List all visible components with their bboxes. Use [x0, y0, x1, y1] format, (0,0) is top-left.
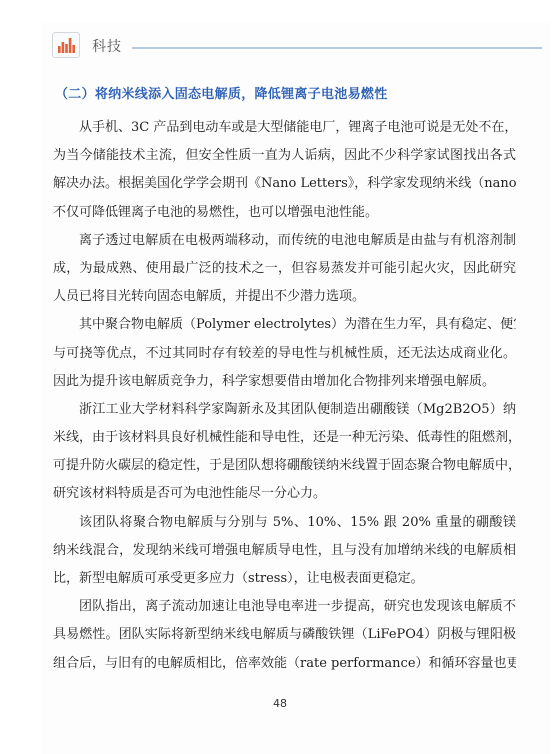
text-line: 其中聚合物电解质（Polymer electrolytes）为潜在生力军，具有稳…: [53, 315, 516, 343]
text-line: 团队指出，离子流动加速让电池导电率进一步提高，研究也发现该电解质不: [53, 597, 516, 625]
paragraph: 其中聚合物电解质（Polymer electrolytes）为潜在生力军，具有稳…: [53, 315, 516, 400]
text-line: 成，为最成熟、使用最广泛的技术之一，但容易蒸发并可能引起火灾，因此研究: [53, 259, 516, 287]
text-line: 人员已将目光转向固态电解质，并提出不少潜力选项。: [53, 287, 516, 315]
paragraph: 团队指出，离子流动加速让电池导电率进一步提高，研究也发现该电解质不 具易燃性。团…: [53, 597, 516, 682]
header-divider: [132, 47, 542, 49]
text-line: 浙江工业大学材料科学家陶新永及其团队便制造出硼酸镁（Mg2B2O5）纳: [53, 400, 516, 428]
text-line: 该团队将聚合物电解质与分别与 5%、10%、15% 跟 20% 重量的硼酸镁: [53, 513, 516, 541]
paragraph: 该团队将聚合物电解质与分别与 5%、10%、15% 跟 20% 重量的硼酸镁 纳…: [53, 513, 516, 598]
page-number: 48: [0, 697, 560, 710]
section-logo: [52, 32, 80, 58]
section-label: 科技: [92, 36, 122, 56]
text-line: 具易燃性。团队实际将新型纳米线电解质与磷酸铁锂（LiFePO4）阴极与锂阳极: [53, 625, 516, 653]
text-line: 研究该材料特质是否可为电池性能尽一分心力。: [53, 484, 516, 512]
page-header: 科技: [52, 30, 542, 60]
article-body: 从手机、3C 产品到电动车或是大型储能电厂，锂离子电池可说是无处不在， 为当今储…: [53, 118, 516, 682]
text-line: 比，新型电解质可承受更多应力（stress），让电极表面更稳定。: [53, 569, 516, 597]
text-line: 可提升防火碳层的稳定性，于是团队想将硼酸镁纳米线置于固态聚合物电解质中，: [53, 456, 516, 484]
text-line: 从手机、3C 产品到电动车或是大型储能电厂，锂离子电池可说是无处不在，: [53, 118, 516, 146]
text-line: 解决办法。根据美国化学学会期刊《Nano Letters》，科学家发现纳米线（n…: [53, 174, 516, 202]
text-line: 离子透过电解质在电极两端移动，而传统的电池电解质是由盐与有机溶剂制: [53, 231, 516, 259]
paragraph: 从手机、3C 产品到电动车或是大型储能电厂，锂离子电池可说是无处不在， 为当今储…: [53, 118, 516, 231]
text-line: 因此为提升该电解质竞争力，科学家想要借由增加化合物排列来增强电解质。: [53, 372, 516, 400]
text-line: 米线，由于该材料具良好机械性能和导电性，还是一种无污染、低毒性的阻燃剂，: [53, 428, 516, 456]
text-line: 不仅可降低锂离子电池的易燃性，也可以增强电池性能。: [53, 203, 516, 231]
paragraph: 浙江工业大学材料科学家陶新永及其团队便制造出硼酸镁（Mg2B2O5）纳 米线，由…: [53, 400, 516, 513]
section-heading: （二）将纳米线添入固态电解质，降低锂离子电池易燃性: [55, 83, 388, 102]
text-line: 为当今储能技术主流，但安全性质一直为人诟病，因此不少科学家试图找出各式: [53, 146, 516, 174]
text-line: 组合后，与旧有的电解质相比，倍率效能（rate performance）和循环容…: [53, 654, 516, 682]
text-line: 与可挠等优点，不过其同时存有较差的导电性与机械性质，还无法达成商业化。: [53, 344, 516, 372]
text-line: 纳米线混合，发现纳米线可增强电解质导电性，且与没有加增纳米线的电解质相: [53, 541, 516, 569]
paragraph: 离子透过电解质在电极两端移动，而传统的电池电解质是由盐与有机溶剂制 成，为最成熟…: [53, 231, 516, 316]
